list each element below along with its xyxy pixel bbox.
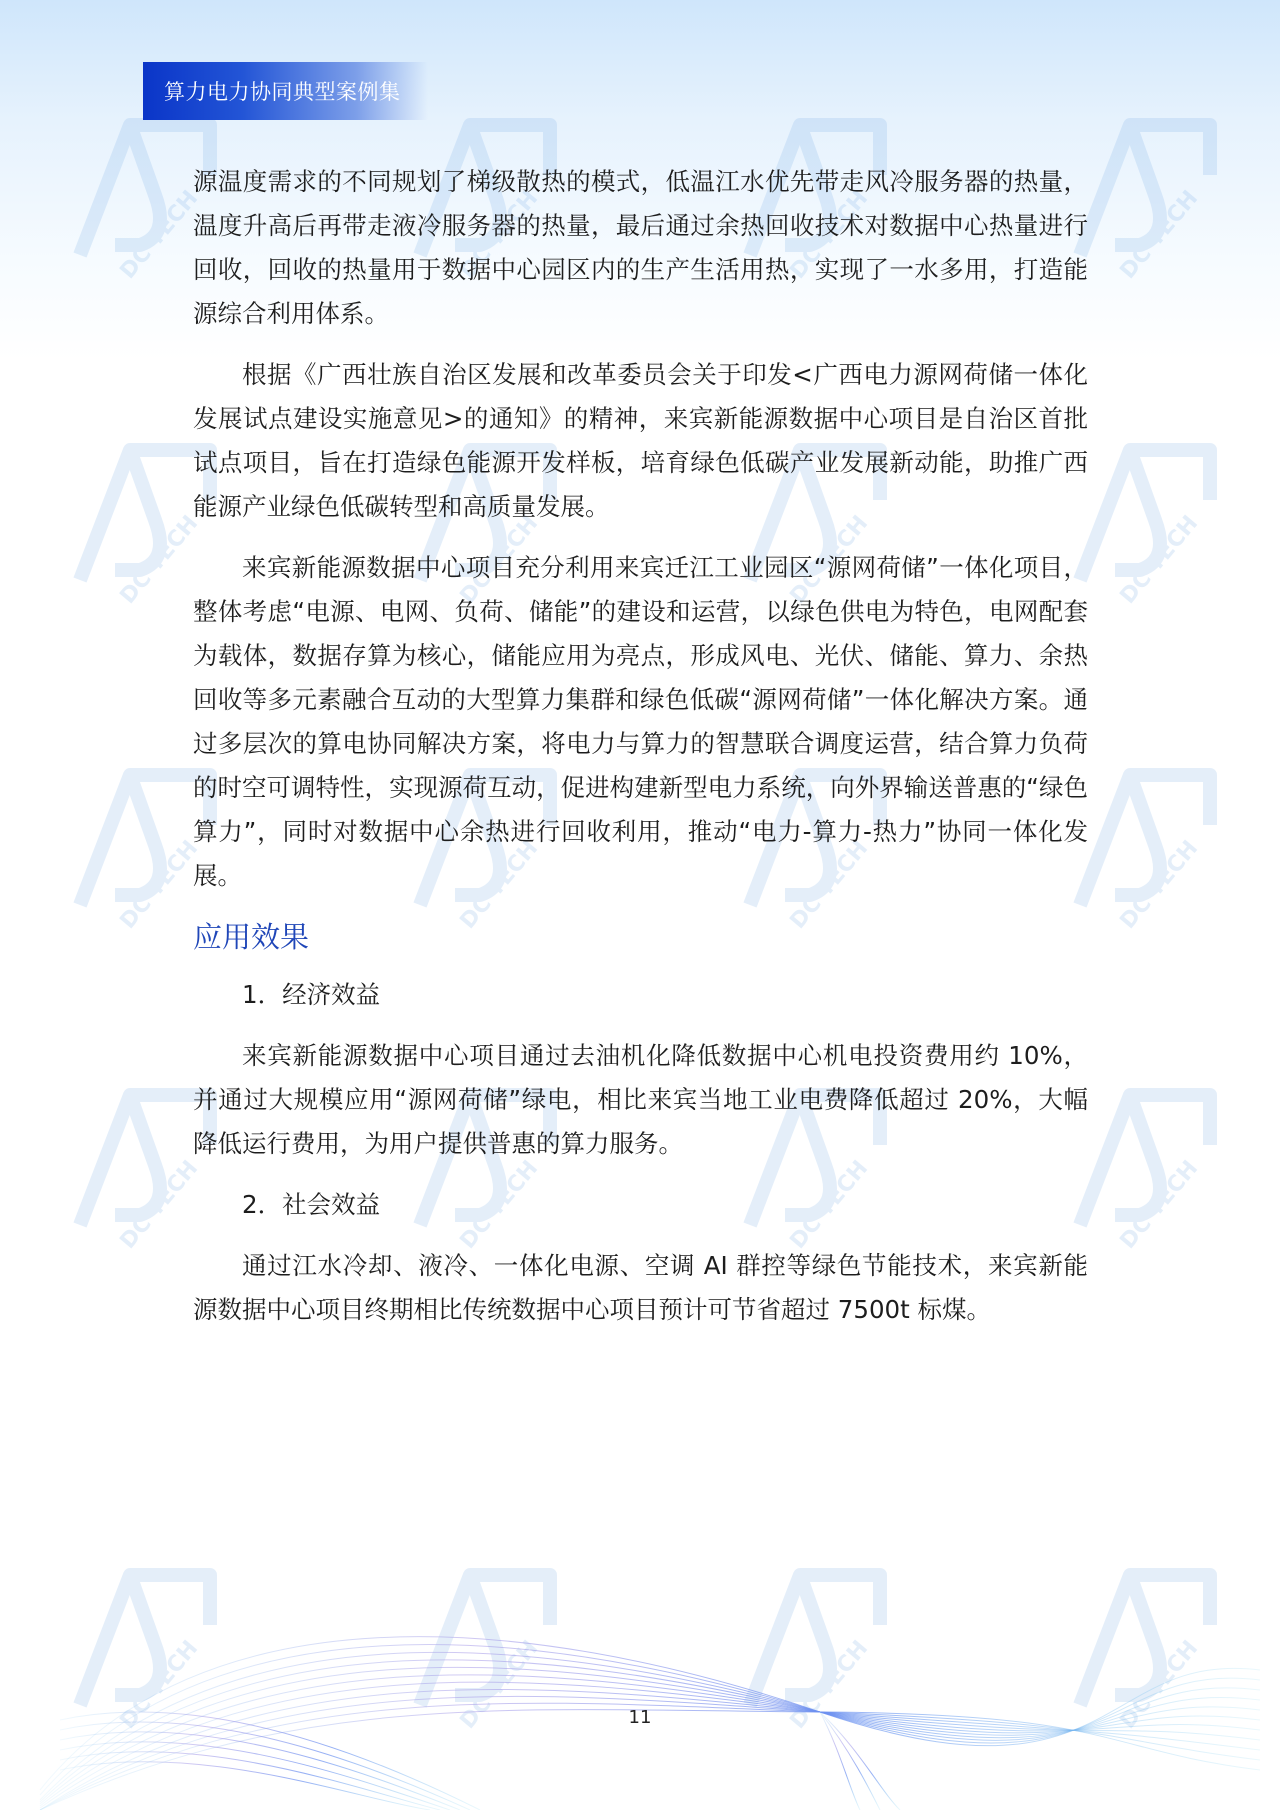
- svg-text:DC TECH: DC TECH: [115, 186, 203, 284]
- main-content: 源温度需求的不同规划了梯级散热的模式，低温江水优先带走风冷服务器的热量，温度升高…: [193, 160, 1088, 1349]
- paragraph-policy: 根据《广西壮族自治区发展和改革委员会关于印发<广西电力源网荷储一体化发展试点建设…: [193, 353, 1088, 529]
- svg-text:DC TECH: DC TECH: [1115, 186, 1203, 284]
- paragraph-continued: 源温度需求的不同规划了梯级散热的模式，低温江水优先带走风冷服务器的热量，温度升高…: [193, 160, 1088, 336]
- svg-text:DC TECH: DC TECH: [1115, 511, 1203, 609]
- section-heading-application-effects: 应用效果: [193, 915, 1088, 959]
- paragraph-economic-benefits: 来宾新能源数据中心项目通过去油机化降低数据中心机电投资费用约 10%，并通过大规…: [193, 1034, 1088, 1166]
- svg-text:DC TECH: DC TECH: [115, 1156, 203, 1254]
- page-number: 11: [0, 1707, 1280, 1728]
- document-title: 算力电力协同典型案例集: [164, 76, 401, 106]
- svg-text:DC TECH: DC TECH: [115, 511, 203, 609]
- subheading-economic-benefits: 1．经济效益: [193, 973, 1088, 1017]
- svg-text:DC TECH: DC TECH: [1115, 1156, 1203, 1254]
- paragraph-social-benefits: 通过江水冷却、液冷、一体化电源、空调 AI 群控等绿色节能技术，来宾新能源数据中…: [193, 1244, 1088, 1332]
- header-banner: 算力电力协同典型案例集: [143, 62, 428, 120]
- subheading-social-benefits: 2．社会效益: [193, 1183, 1088, 1227]
- svg-text:DC TECH: DC TECH: [115, 836, 203, 934]
- svg-text:DC TECH: DC TECH: [1115, 836, 1203, 934]
- paragraph-project-overview: 来宾新能源数据中心项目充分利用来宾迁江工业园区“源网荷储”一体化项目，整体考虑“…: [193, 546, 1088, 898]
